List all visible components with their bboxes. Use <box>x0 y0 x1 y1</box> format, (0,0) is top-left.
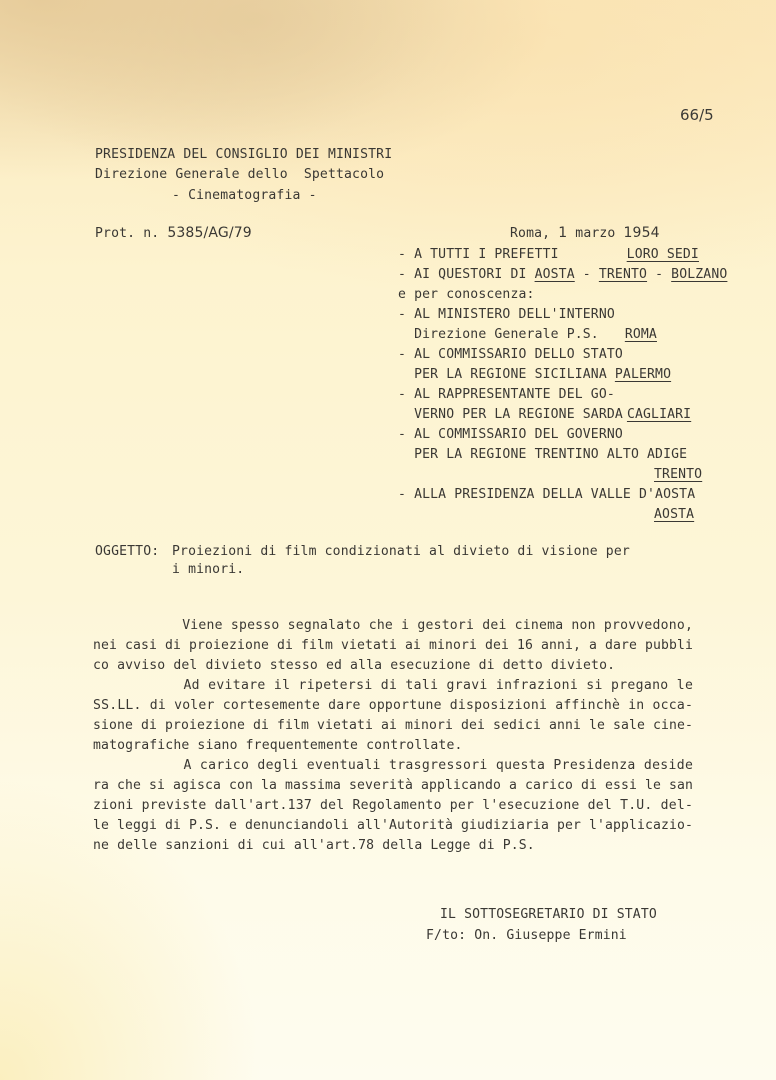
recipient-location: PALERMO <box>615 367 671 382</box>
recipient: - AL COMMISSARIO DEL GOVERNO <box>398 428 623 441</box>
letterhead-institution: PRESIDENZA DEL CONSIGLIO DEI MINISTRI <box>95 148 392 161</box>
recipient: - ALLA PRESIDENZA DELLA VALLE D'AOSTA <box>398 488 695 501</box>
recipient-location: AOSTA <box>654 508 694 521</box>
date-month: marzo <box>567 226 623 241</box>
body-line: matografiche siano frequentemente contro… <box>93 739 463 752</box>
body-line: zioni previste dall'art.137 del Regolame… <box>93 799 693 812</box>
body-line: ne delle sanzioni di cui all'art.78 dell… <box>93 839 535 852</box>
recipient: VERNO PER LA REGIONE SARDACAGLIARI <box>398 408 691 421</box>
recipient-text: PER LA REGIONE SICILIANA <box>398 367 607 382</box>
subject-line: Proiezioni di film condizionati al divie… <box>172 545 630 558</box>
recipient-text: - AI QUESTORI DI <box>398 267 535 282</box>
body-line: co avviso del divieto stesso ed alla ese… <box>93 659 615 672</box>
recipient-text: - A TUTTI I PREFETTI <box>398 247 559 262</box>
protocol-number: Prot. n. 5385/AG/79 <box>95 226 252 240</box>
recipient-location: BOLZANO <box>671 267 727 282</box>
recipient-text: Direzione Generale P.S. <box>398 327 599 342</box>
recipient: - AI QUESTORI DI AOSTA - TRENTO - BOLZAN… <box>398 268 727 281</box>
cc-label: e per conoscenza: <box>398 288 535 301</box>
recipient-text: VERNO PER LA REGIONE SARDA <box>398 407 623 422</box>
recipient-location: ROMA <box>625 327 657 342</box>
separator: - <box>575 267 599 282</box>
body-line: Ad evitare il ripetersi di tali gravi in… <box>93 679 693 692</box>
recipient: - AL RAPPRESENTANTE DEL GO- <box>398 388 615 401</box>
body-line: le leggi di P.S. e denunciandoli all'Aut… <box>93 819 693 832</box>
letterhead-directorate: Direzione Generale dello Spettacolo <box>95 168 384 181</box>
body-line: A carico degli eventuali trasgressori qu… <box>93 759 693 772</box>
body-line: ra che si agisca con la massima severità… <box>93 779 693 792</box>
protocol-label: Prot. n. <box>95 226 167 241</box>
protocol-value: 5385/AG/79 <box>167 225 252 241</box>
subject-line: i minori. <box>172 563 244 576</box>
recipient: - AL COMMISSARIO DELLO STATO <box>398 348 623 361</box>
body-line: Viene spesso segnalato che i gestori dei… <box>93 619 693 632</box>
recipient: Direzione Generale P.S.ROMA <box>398 328 657 341</box>
recipient-location: CAGLIARI <box>627 407 691 422</box>
signatory-name: F/to: On. Giuseppe Ermini <box>426 929 627 942</box>
body-line: SS.LL. di voler cortesemente dare opport… <box>93 699 693 712</box>
recipient-location: LORO SEDI <box>627 247 699 262</box>
recipient: PER LA REGIONE SICILIANAPALERMO <box>398 368 671 381</box>
signatory-title: IL SOTTOSEGRETARIO DI STATO <box>440 908 657 921</box>
page-number: 66/5 <box>680 106 714 124</box>
body-line: nei casi di proiezione di film vietati a… <box>93 639 693 652</box>
letterhead-division: - Cinematografia - <box>172 189 317 202</box>
recipient: - A TUTTI I PREFETTILORO SEDI <box>398 248 699 261</box>
separator: - <box>647 267 671 282</box>
recipient-location: AOSTA <box>535 267 575 282</box>
date-year: 1954 <box>624 225 660 241</box>
place: Roma, <box>510 226 558 241</box>
recipient-location: TRENTO <box>654 468 702 481</box>
body-line: sione di proiezione di film vietati ai m… <box>93 719 693 732</box>
recipient: - AL MINISTERO DELL'INTERNO <box>398 308 615 321</box>
subject-label: OGGETTO: <box>95 545 159 558</box>
place-date: Roma, 1 marzo 1954 <box>510 226 660 240</box>
recipient: PER LA REGIONE TRENTINO ALTO ADIGE <box>398 448 687 461</box>
recipient-location: TRENTO <box>599 267 647 282</box>
date-day: 1 <box>558 225 567 241</box>
